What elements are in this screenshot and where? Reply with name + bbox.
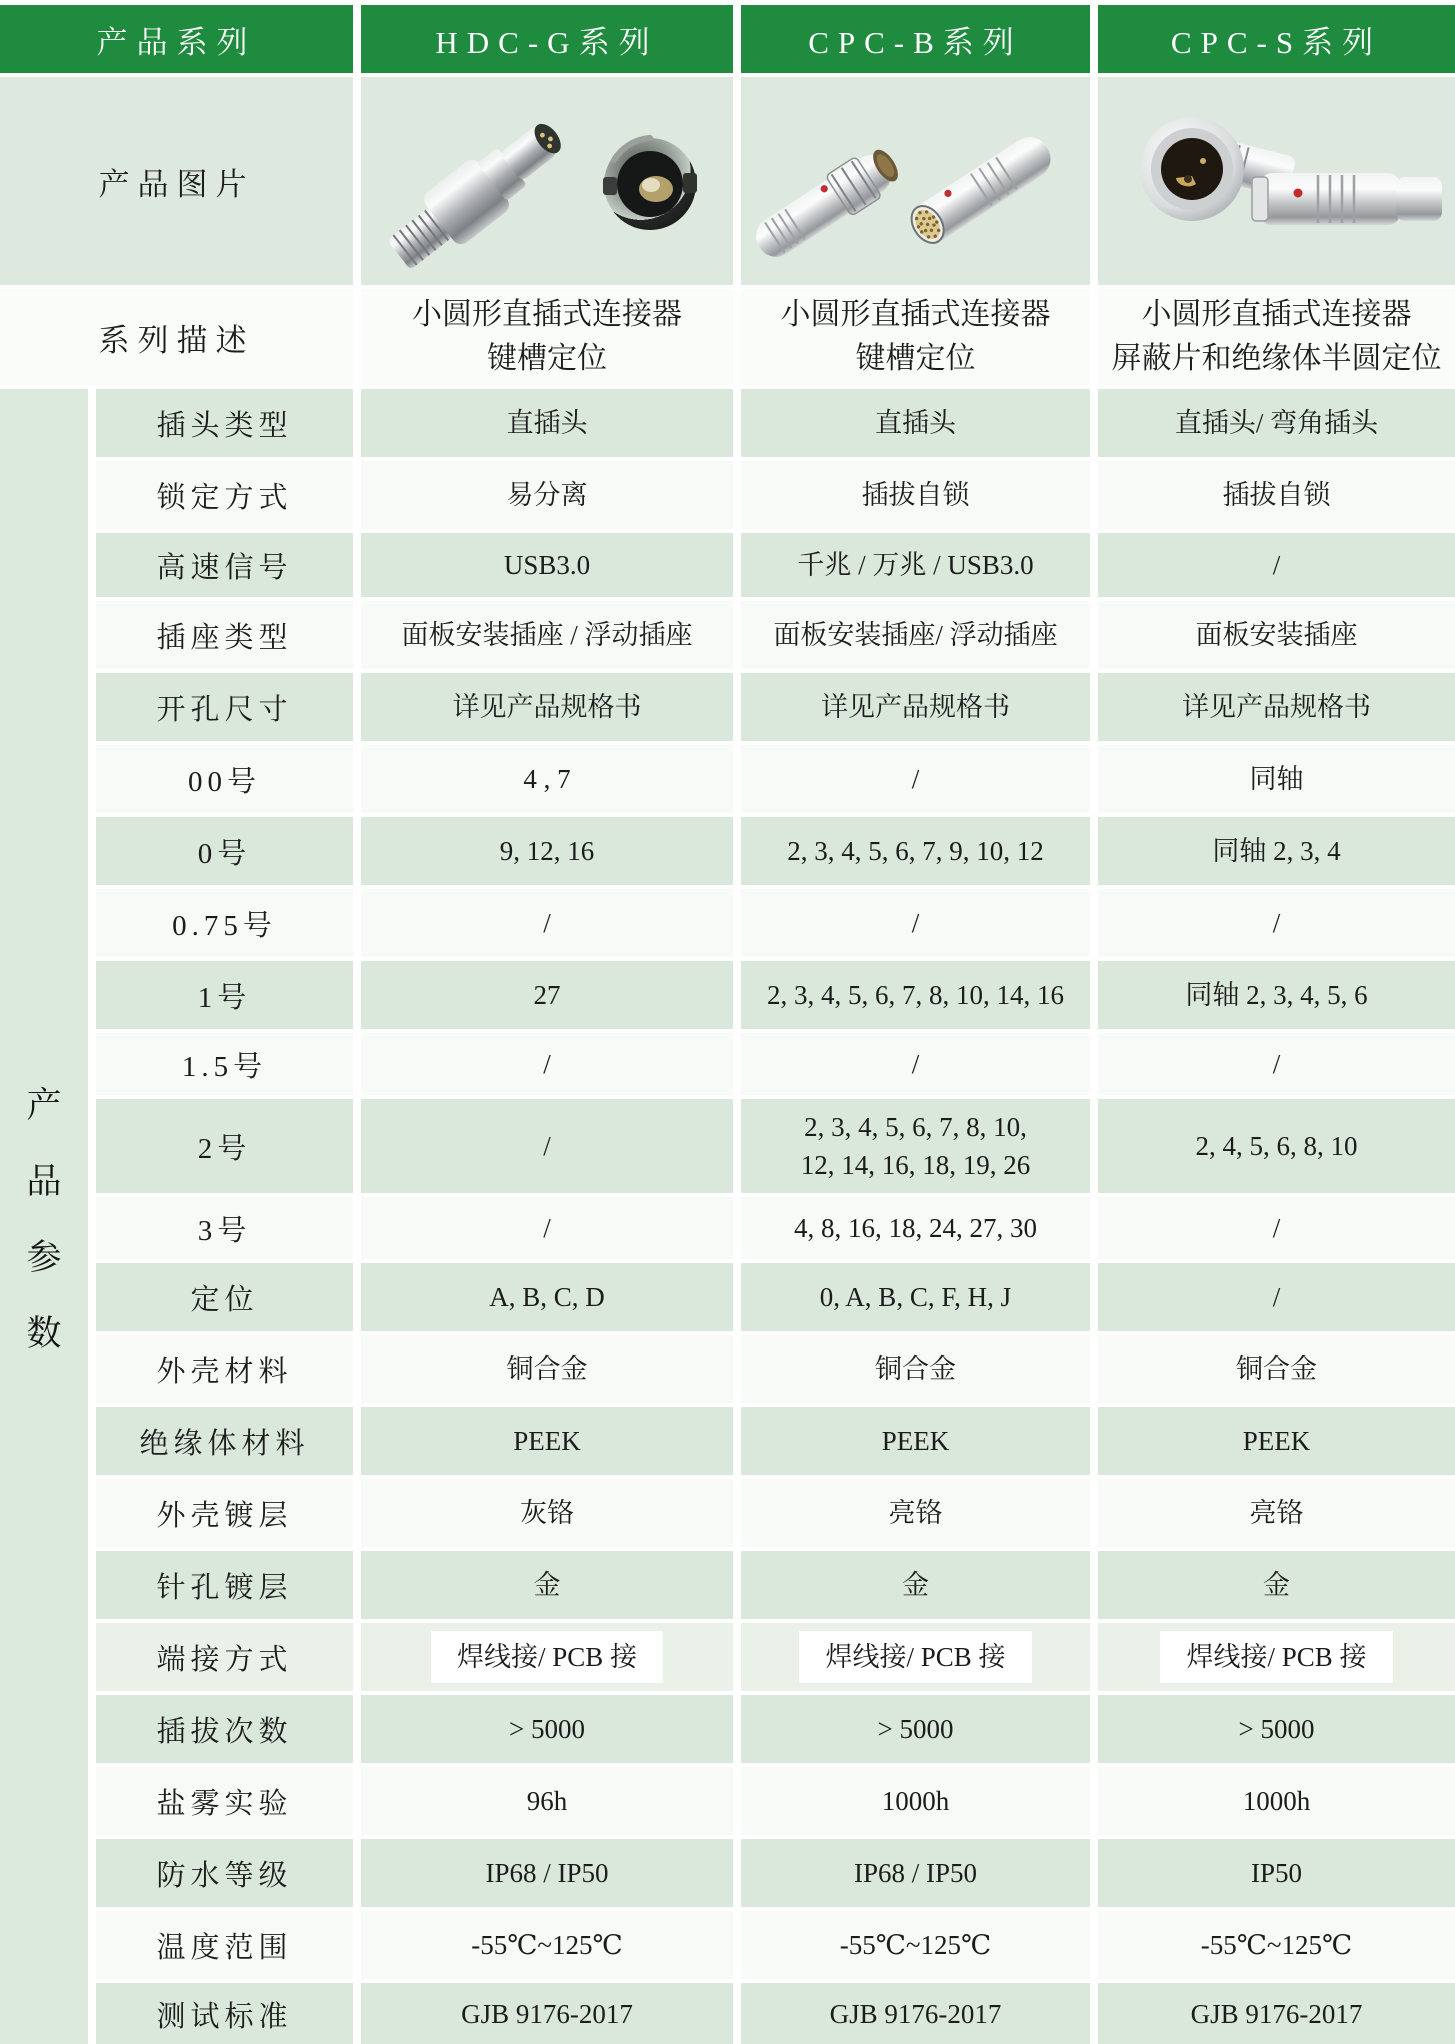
param-value: / bbox=[741, 889, 1090, 957]
param-label: 开孔尺寸 bbox=[96, 673, 353, 741]
param-value: PEEK bbox=[741, 1407, 1090, 1475]
param-label: 3号 bbox=[96, 1197, 353, 1259]
param-value: 千兆 / 万兆 / USB3.0 bbox=[741, 533, 1090, 597]
param-value: 焊线接/ PCB 接 bbox=[741, 1623, 1090, 1691]
table-row: 外壳镀层灰铬亮铬亮铬 bbox=[96, 1479, 1455, 1547]
param-value: 1000h bbox=[741, 1767, 1090, 1835]
table-row: 开孔尺寸详见产品规格书详见产品规格书详见产品规格书 bbox=[96, 673, 1455, 741]
param-value: 面板安装插座 / 浮动插座 bbox=[361, 601, 733, 669]
param-value: GJB 9176-2017 bbox=[741, 1983, 1090, 2044]
param-value: 金 bbox=[361, 1551, 733, 1619]
param-value-line: 12, 14, 16, 18, 19, 26 bbox=[801, 1146, 1031, 1184]
param-value: 亮铬 bbox=[741, 1479, 1090, 1547]
param-value: 面板安装插座/ 浮动插座 bbox=[741, 601, 1090, 669]
param-value: 铜合金 bbox=[1098, 1335, 1455, 1403]
description-line: 键槽定位 bbox=[487, 337, 607, 381]
param-value: IP50 bbox=[1098, 1839, 1455, 1907]
param-value: 0, A, B, C, F, H, J bbox=[741, 1263, 1090, 1331]
table-row: 插座类型面板安装插座 / 浮动插座面板安装插座/ 浮动插座面板安装插座 bbox=[96, 601, 1455, 669]
side-label-char: 产 bbox=[26, 1078, 61, 1128]
cpc-b-connector-pair-photo bbox=[741, 77, 1090, 285]
param-value: USB3.0 bbox=[361, 533, 733, 597]
param-value: 27 bbox=[361, 961, 733, 1029]
param-value: / bbox=[1098, 1197, 1455, 1259]
param-label: 2号 bbox=[96, 1099, 353, 1193]
table-row: 高速信号USB3.0千兆 / 万兆 / USB3.0/ bbox=[96, 533, 1455, 597]
table-row: 盐雾实验96h1000h1000h bbox=[96, 1767, 1455, 1835]
series-description: 小圆形直插式连接器 屏蔽片和绝缘体半圆定位 bbox=[1098, 289, 1455, 385]
param-value: 2, 3, 4, 5, 6, 7, 8, 10, 14, 16 bbox=[741, 961, 1090, 1029]
param-value: > 5000 bbox=[741, 1695, 1090, 1763]
param-value: 同轴 2, 3, 4 bbox=[1098, 817, 1455, 885]
param-value: 易分离 bbox=[361, 461, 733, 529]
param-label: 插头类型 bbox=[96, 389, 353, 457]
table-row: 00号4 , 7/同轴 bbox=[96, 745, 1455, 813]
param-value: 直插头/ 弯角插头 bbox=[1098, 389, 1455, 457]
hdc-g-connector-pair-photo bbox=[361, 77, 733, 285]
table-row: 测试标准GJB 9176-2017GJB 9176-2017GJB 9176-2… bbox=[96, 1983, 1455, 2044]
param-value: 直插头 bbox=[741, 389, 1090, 457]
param-value: 同轴 2, 3, 4, 5, 6 bbox=[1098, 961, 1455, 1029]
table-row: 0.75号/// bbox=[96, 889, 1455, 957]
param-value: / bbox=[741, 745, 1090, 813]
series-description: 小圆形直插式连接器 键槽定位 bbox=[741, 289, 1090, 385]
param-value: GJB 9176-2017 bbox=[1098, 1983, 1455, 2044]
desc-row-label: 系列描述 bbox=[0, 289, 353, 385]
table-row: 外壳材料铜合金铜合金铜合金 bbox=[96, 1335, 1455, 1403]
param-value: / bbox=[1098, 1033, 1455, 1095]
param-label: 端接方式 bbox=[96, 1623, 353, 1691]
param-label: 绝缘体材料 bbox=[96, 1407, 353, 1475]
param-label: 防水等级 bbox=[96, 1839, 353, 1907]
param-value: 灰铬 bbox=[361, 1479, 733, 1547]
param-label: 定位 bbox=[96, 1263, 353, 1331]
series-description: 小圆形直插式连接器 键槽定位 bbox=[361, 289, 733, 385]
table-row: 插拔次数> 5000> 5000> 5000 bbox=[96, 1695, 1455, 1763]
boxed-value: 焊线接/ PCB 接 bbox=[1160, 1631, 1392, 1683]
param-label: 外壳材料 bbox=[96, 1335, 353, 1403]
cpc-s-connector-pair-photo bbox=[1098, 77, 1455, 285]
table-row: 定位A, B, C, D0, A, B, C, F, H, J/ bbox=[96, 1263, 1455, 1331]
param-value: -55℃~125℃ bbox=[741, 1911, 1090, 1979]
photo-row: 产品图片 bbox=[0, 77, 1455, 285]
param-value: PEEK bbox=[361, 1407, 733, 1475]
param-value: 铜合金 bbox=[361, 1335, 733, 1403]
param-value: 插拔自锁 bbox=[1098, 461, 1455, 529]
param-value: / bbox=[1098, 533, 1455, 597]
param-value-line: 2, 3, 4, 5, 6, 7, 8, 10, bbox=[804, 1108, 1027, 1146]
param-value: / bbox=[1098, 1263, 1455, 1331]
header-series-cpc-b: CPC-B系列 bbox=[741, 5, 1090, 73]
param-value: IP68 / IP50 bbox=[741, 1839, 1090, 1907]
param-value: 1000h bbox=[1098, 1767, 1455, 1835]
param-value: 4, 8, 16, 18, 24, 27, 30 bbox=[741, 1197, 1090, 1259]
table-row: 针孔镀层金金金 bbox=[96, 1551, 1455, 1619]
header-series-cpc-s: CPC-S系列 bbox=[1098, 5, 1455, 73]
description-line: 键槽定位 bbox=[856, 337, 976, 381]
param-value: / bbox=[361, 1033, 733, 1095]
param-value: -55℃~125℃ bbox=[1098, 1911, 1455, 1979]
parameter-rows: 插头类型直插头直插头直插头/ 弯角插头锁定方式易分离插拔自锁插拔自锁高速信号US… bbox=[0, 389, 1455, 2044]
cpc-s-photo-illustration bbox=[1102, 81, 1452, 281]
description-line: 小圆形直插式连接器 bbox=[412, 293, 682, 337]
description-line: 屏蔽片和绝缘体半圆定位 bbox=[1112, 337, 1442, 381]
param-value: 详见产品规格书 bbox=[361, 673, 733, 741]
header-row: 产品系列 HDC-G系列 CPC-B系列 CPC-S系列 bbox=[0, 5, 1455, 73]
param-label: 盐雾实验 bbox=[96, 1767, 353, 1835]
table-row: 1号272, 3, 4, 5, 6, 7, 8, 10, 14, 16同轴 2,… bbox=[96, 961, 1455, 1029]
header-product-series: 产品系列 bbox=[0, 5, 353, 73]
hdc-g-photo-illustration bbox=[367, 81, 727, 281]
side-label-char: 数 bbox=[26, 1306, 61, 1356]
param-value: 金 bbox=[1098, 1551, 1455, 1619]
param-label: 高速信号 bbox=[96, 533, 353, 597]
param-value: 详见产品规格书 bbox=[1098, 673, 1455, 741]
side-label-char: 品 bbox=[26, 1154, 61, 1204]
header-series-hdc-g: HDC-G系列 bbox=[361, 5, 733, 73]
cpc-b-photo-illustration bbox=[746, 81, 1086, 281]
side-label-char: 参 bbox=[26, 1230, 61, 1280]
param-value: 焊线接/ PCB 接 bbox=[361, 1623, 733, 1691]
param-value: 同轴 bbox=[1098, 745, 1455, 813]
param-label: 插拔次数 bbox=[96, 1695, 353, 1763]
param-value: 铜合金 bbox=[741, 1335, 1090, 1403]
table-row: 2号/2, 3, 4, 5, 6, 7, 8, 10,12, 14, 16, 1… bbox=[96, 1099, 1455, 1193]
param-value: / bbox=[1098, 889, 1455, 957]
side-label-product-parameters: 产品参数 bbox=[0, 389, 88, 2044]
param-value: 96h bbox=[361, 1767, 733, 1835]
param-value: / bbox=[361, 1197, 733, 1259]
param-label: 测试标准 bbox=[96, 1983, 353, 2044]
table-row: 3号/4, 8, 16, 18, 24, 27, 30/ bbox=[96, 1197, 1455, 1259]
param-label: 插座类型 bbox=[96, 601, 353, 669]
param-label: 锁定方式 bbox=[96, 461, 353, 529]
param-value: PEEK bbox=[1098, 1407, 1455, 1475]
param-value: 9, 12, 16 bbox=[361, 817, 733, 885]
table-row: 1.5号/// bbox=[96, 1033, 1455, 1095]
description-line: 小圆形直插式连接器 bbox=[1142, 293, 1412, 337]
param-value: > 5000 bbox=[361, 1695, 733, 1763]
param-value: 焊线接/ PCB 接 bbox=[1098, 1623, 1455, 1691]
param-label: 1.5号 bbox=[96, 1033, 353, 1095]
param-value: 4 , 7 bbox=[361, 745, 733, 813]
param-label: 0号 bbox=[96, 817, 353, 885]
param-value: A, B, C, D bbox=[361, 1263, 733, 1331]
param-label: 00号 bbox=[96, 745, 353, 813]
table-row: 防水等级IP68 / IP50IP68 / IP50IP50 bbox=[96, 1839, 1455, 1907]
param-value: 2, 3, 4, 5, 6, 7, 8, 10,12, 14, 16, 18, … bbox=[741, 1099, 1090, 1193]
description-row: 系列描述 小圆形直插式连接器 键槽定位 小圆形直插式连接器 键槽定位 小圆形直插… bbox=[0, 289, 1455, 385]
photo-row-label: 产品图片 bbox=[0, 77, 353, 285]
param-value: GJB 9176-2017 bbox=[361, 1983, 733, 2044]
param-value: 金 bbox=[741, 1551, 1090, 1619]
param-value: 亮铬 bbox=[1098, 1479, 1455, 1547]
param-value: / bbox=[361, 889, 733, 957]
param-value: 2, 3, 4, 5, 6, 7, 9, 10, 12 bbox=[741, 817, 1090, 885]
param-value: / bbox=[741, 1033, 1090, 1095]
param-value: > 5000 bbox=[1098, 1695, 1455, 1763]
table-row: 温度范围-55℃~125℃-55℃~125℃-55℃~125℃ bbox=[96, 1911, 1455, 1979]
table-row: 锁定方式易分离插拔自锁插拔自锁 bbox=[96, 461, 1455, 529]
param-label: 1号 bbox=[96, 961, 353, 1029]
table-row: 0号9, 12, 162, 3, 4, 5, 6, 7, 9, 10, 12同轴… bbox=[96, 817, 1455, 885]
table-row: 插头类型直插头直插头直插头/ 弯角插头 bbox=[96, 389, 1455, 457]
param-value: -55℃~125℃ bbox=[361, 1911, 733, 1979]
param-label: 针孔镀层 bbox=[96, 1551, 353, 1619]
product-series-spec-table: 产品系列 HDC-G系列 CPC-B系列 CPC-S系列 产品图片 bbox=[0, 0, 1455, 2044]
param-value: 面板安装插座 bbox=[1098, 601, 1455, 669]
param-value: 2, 4, 5, 6, 8, 10 bbox=[1098, 1099, 1455, 1193]
param-value: 插拔自锁 bbox=[741, 461, 1090, 529]
param-value: IP68 / IP50 bbox=[361, 1839, 733, 1907]
param-label: 外壳镀层 bbox=[96, 1479, 353, 1547]
boxed-value: 焊线接/ PCB 接 bbox=[431, 1631, 663, 1683]
boxed-value: 焊线接/ PCB 接 bbox=[799, 1631, 1031, 1683]
table-row: 端接方式焊线接/ PCB 接焊线接/ PCB 接焊线接/ PCB 接 bbox=[96, 1623, 1455, 1691]
param-value: 详见产品规格书 bbox=[741, 673, 1090, 741]
param-value: 直插头 bbox=[361, 389, 733, 457]
table-row: 绝缘体材料PEEKPEEKPEEK bbox=[96, 1407, 1455, 1475]
param-value: / bbox=[361, 1099, 733, 1193]
param-label: 温度范围 bbox=[96, 1911, 353, 1979]
description-line: 小圆形直插式连接器 bbox=[781, 293, 1051, 337]
param-label: 0.75号 bbox=[96, 889, 353, 957]
